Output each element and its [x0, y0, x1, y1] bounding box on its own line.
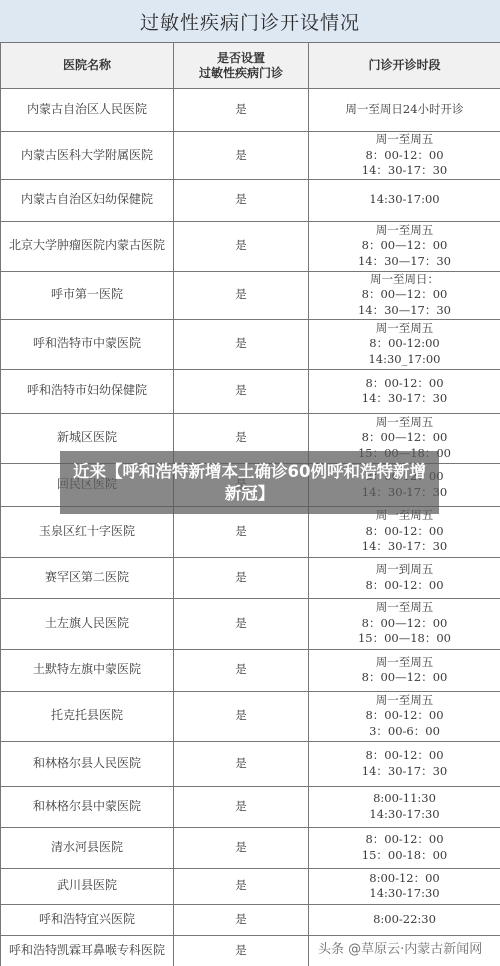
table-row: 和林格尔县人民医院是8：00-12：00 14：30-17：30 [1, 741, 500, 786]
has-clinic-cell: 是 [174, 691, 309, 741]
has-clinic-cell: 是 [174, 132, 309, 180]
hospital-name-cell: 土默特左旗中蒙医院 [1, 649, 174, 691]
has-clinic-cell: 是 [174, 649, 309, 691]
table-row: 内蒙古自治区人民医院是周一至周日24小时开诊 [1, 89, 500, 132]
clinic-hours-cell: 8:00-22:30 [309, 904, 500, 935]
clinic-hours-cell: 周一至周五 8：00-12：00 3：00-6：00 [309, 691, 500, 741]
has-clinic-cell: 是 [174, 786, 309, 827]
hospital-name-cell: 和林格尔县中蒙医院 [1, 786, 174, 827]
hospital-name-cell: 内蒙古自治区妇幼保健院 [1, 179, 174, 221]
has-clinic-cell: 是 [174, 741, 309, 786]
has-clinic-cell: 是 [174, 598, 309, 649]
hospital-name-cell: 呼和浩特宜兴医院 [1, 904, 174, 935]
has-clinic-cell: 是 [174, 868, 309, 904]
header-clinic-hours: 门诊开诊时段 [309, 43, 500, 89]
hospital-name-cell: 呼市第一医院 [1, 271, 174, 319]
clinic-hours-cell: 周一至周日： 8：00—12：00 14：30—17：30 [309, 271, 500, 319]
table-row: 清水河县医院是8：00-12：00 15：00-18：00 [1, 827, 500, 868]
clinic-hours-cell: 周一至周五 8：00—12：00 14：30—17：30 [309, 221, 500, 271]
hospital-name-cell: 托克托县医院 [1, 691, 174, 741]
has-clinic-cell: 是 [174, 904, 309, 935]
clinic-hours-cell: 14:30-17:00 [309, 179, 500, 221]
hospital-name-cell: 北京大学肿瘤医院内蒙古医院 [1, 221, 174, 271]
has-clinic-cell: 是 [174, 271, 309, 319]
hospital-name-cell: 呼和浩特凯霖耳鼻喉专科医院 [1, 935, 174, 966]
table-row: 北京大学肿瘤医院内蒙古医院是周一至周五 8：00—12：00 14：30—17：… [1, 221, 500, 271]
hospital-name-cell: 武川县医院 [1, 868, 174, 904]
table-row: 托克托县医院是周一至周五 8：00-12：00 3：00-6：00 [1, 691, 500, 741]
has-clinic-cell: 是 [174, 935, 309, 966]
clinic-hours-cell: 周一至周五 8：00-12：00 14：30-17：30 [309, 132, 500, 180]
hospital-name-cell: 清水河县医院 [1, 827, 174, 868]
table-row: 内蒙古自治区妇幼保健院是14:30-17:00 [1, 179, 500, 221]
clinic-hours-cell: 8:00-12：00 14:30-17:30 [309, 868, 500, 904]
hospital-name-cell: 内蒙古自治区人民医院 [1, 89, 174, 132]
hospital-name-cell: 赛罕区第二医院 [1, 557, 174, 598]
table-row: 土左旗人民医院是周一至周五 8：00—12：00 15：00—18：00 [1, 598, 500, 649]
table-row: 武川县医院是8:00-12：00 14:30-17:30 [1, 868, 500, 904]
hospital-name-cell: 土左旗人民医院 [1, 598, 174, 649]
table-row: 呼和浩特宜兴医院是8:00-22:30 [1, 904, 500, 935]
hospital-name-cell: 内蒙古医科大学附属医院 [1, 132, 174, 180]
table-row: 和林格尔县中蒙医院是8:00-11:30 14:30-17:30 [1, 786, 500, 827]
clinic-hours-cell: 周一至周五 8：00-12:00 14:30_17:00 [309, 319, 500, 369]
page-title: 过敏性疾病门诊开设情况 [0, 0, 500, 43]
table-row: 呼市第一医院是周一至周日： 8：00—12：00 14：30—17：30 [1, 271, 500, 319]
clinic-hours-cell: 周一至周五 8：00—12：00 [309, 649, 500, 691]
clinic-hours-cell: 8：00-12：00 14：30-17：30 [309, 369, 500, 413]
hospital-name-cell: 呼和浩特市中蒙医院 [1, 319, 174, 369]
has-clinic-cell: 是 [174, 221, 309, 271]
headline-overlay: 近来【呼和浩特新增本土确诊60例呼和浩特新增新冠】 [60, 451, 439, 514]
has-clinic-cell: 是 [174, 179, 309, 221]
table-header-row: 医院名称 是否设置 过敏性疾病门诊 门诊开诊时段 [1, 43, 500, 89]
table-row: 赛罕区第二医院是周一到周五 8：00-12：00 [1, 557, 500, 598]
clinic-hours-cell: 周一至周五 8：00—12：00 15：00—18：00 [309, 598, 500, 649]
clinic-hours-cell: 8：00-12：00 14：30-17：30 [309, 741, 500, 786]
table-row: 呼和浩特市中蒙医院是周一至周五 8：00-12:00 14:30_17:00 [1, 319, 500, 369]
clinic-hours-cell: 周一至周日24小时开诊 [309, 89, 500, 132]
table-row: 呼和浩特市妇幼保健院是8：00-12：00 14：30-17：30 [1, 369, 500, 413]
clinic-hours-cell: 8:00-11:30 14:30-17:30 [309, 786, 500, 827]
hospital-name-cell: 和林格尔县人民医院 [1, 741, 174, 786]
table-row: 土默特左旗中蒙医院是周一至周五 8：00—12：00 [1, 649, 500, 691]
has-clinic-cell: 是 [174, 557, 309, 598]
clinic-hours-cell: 周一到周五 8：00-12：00 [309, 557, 500, 598]
clinic-hours-cell: 8：00-12：00 15：00-18：00 [309, 827, 500, 868]
has-clinic-cell: 是 [174, 827, 309, 868]
has-clinic-cell: 是 [174, 369, 309, 413]
header-hospital-name: 医院名称 [1, 43, 174, 89]
hospital-name-cell: 呼和浩特市妇幼保健院 [1, 369, 174, 413]
table-row: 内蒙古医科大学附属医院是周一至周五 8：00-12：00 14：30-17：30 [1, 132, 500, 180]
header-has-clinic: 是否设置 过敏性疾病门诊 [174, 43, 309, 89]
source-watermark: 头条 @草原云·内蒙古新闻网 [318, 938, 482, 957]
has-clinic-cell: 是 [174, 319, 309, 369]
has-clinic-cell: 是 [174, 89, 309, 132]
